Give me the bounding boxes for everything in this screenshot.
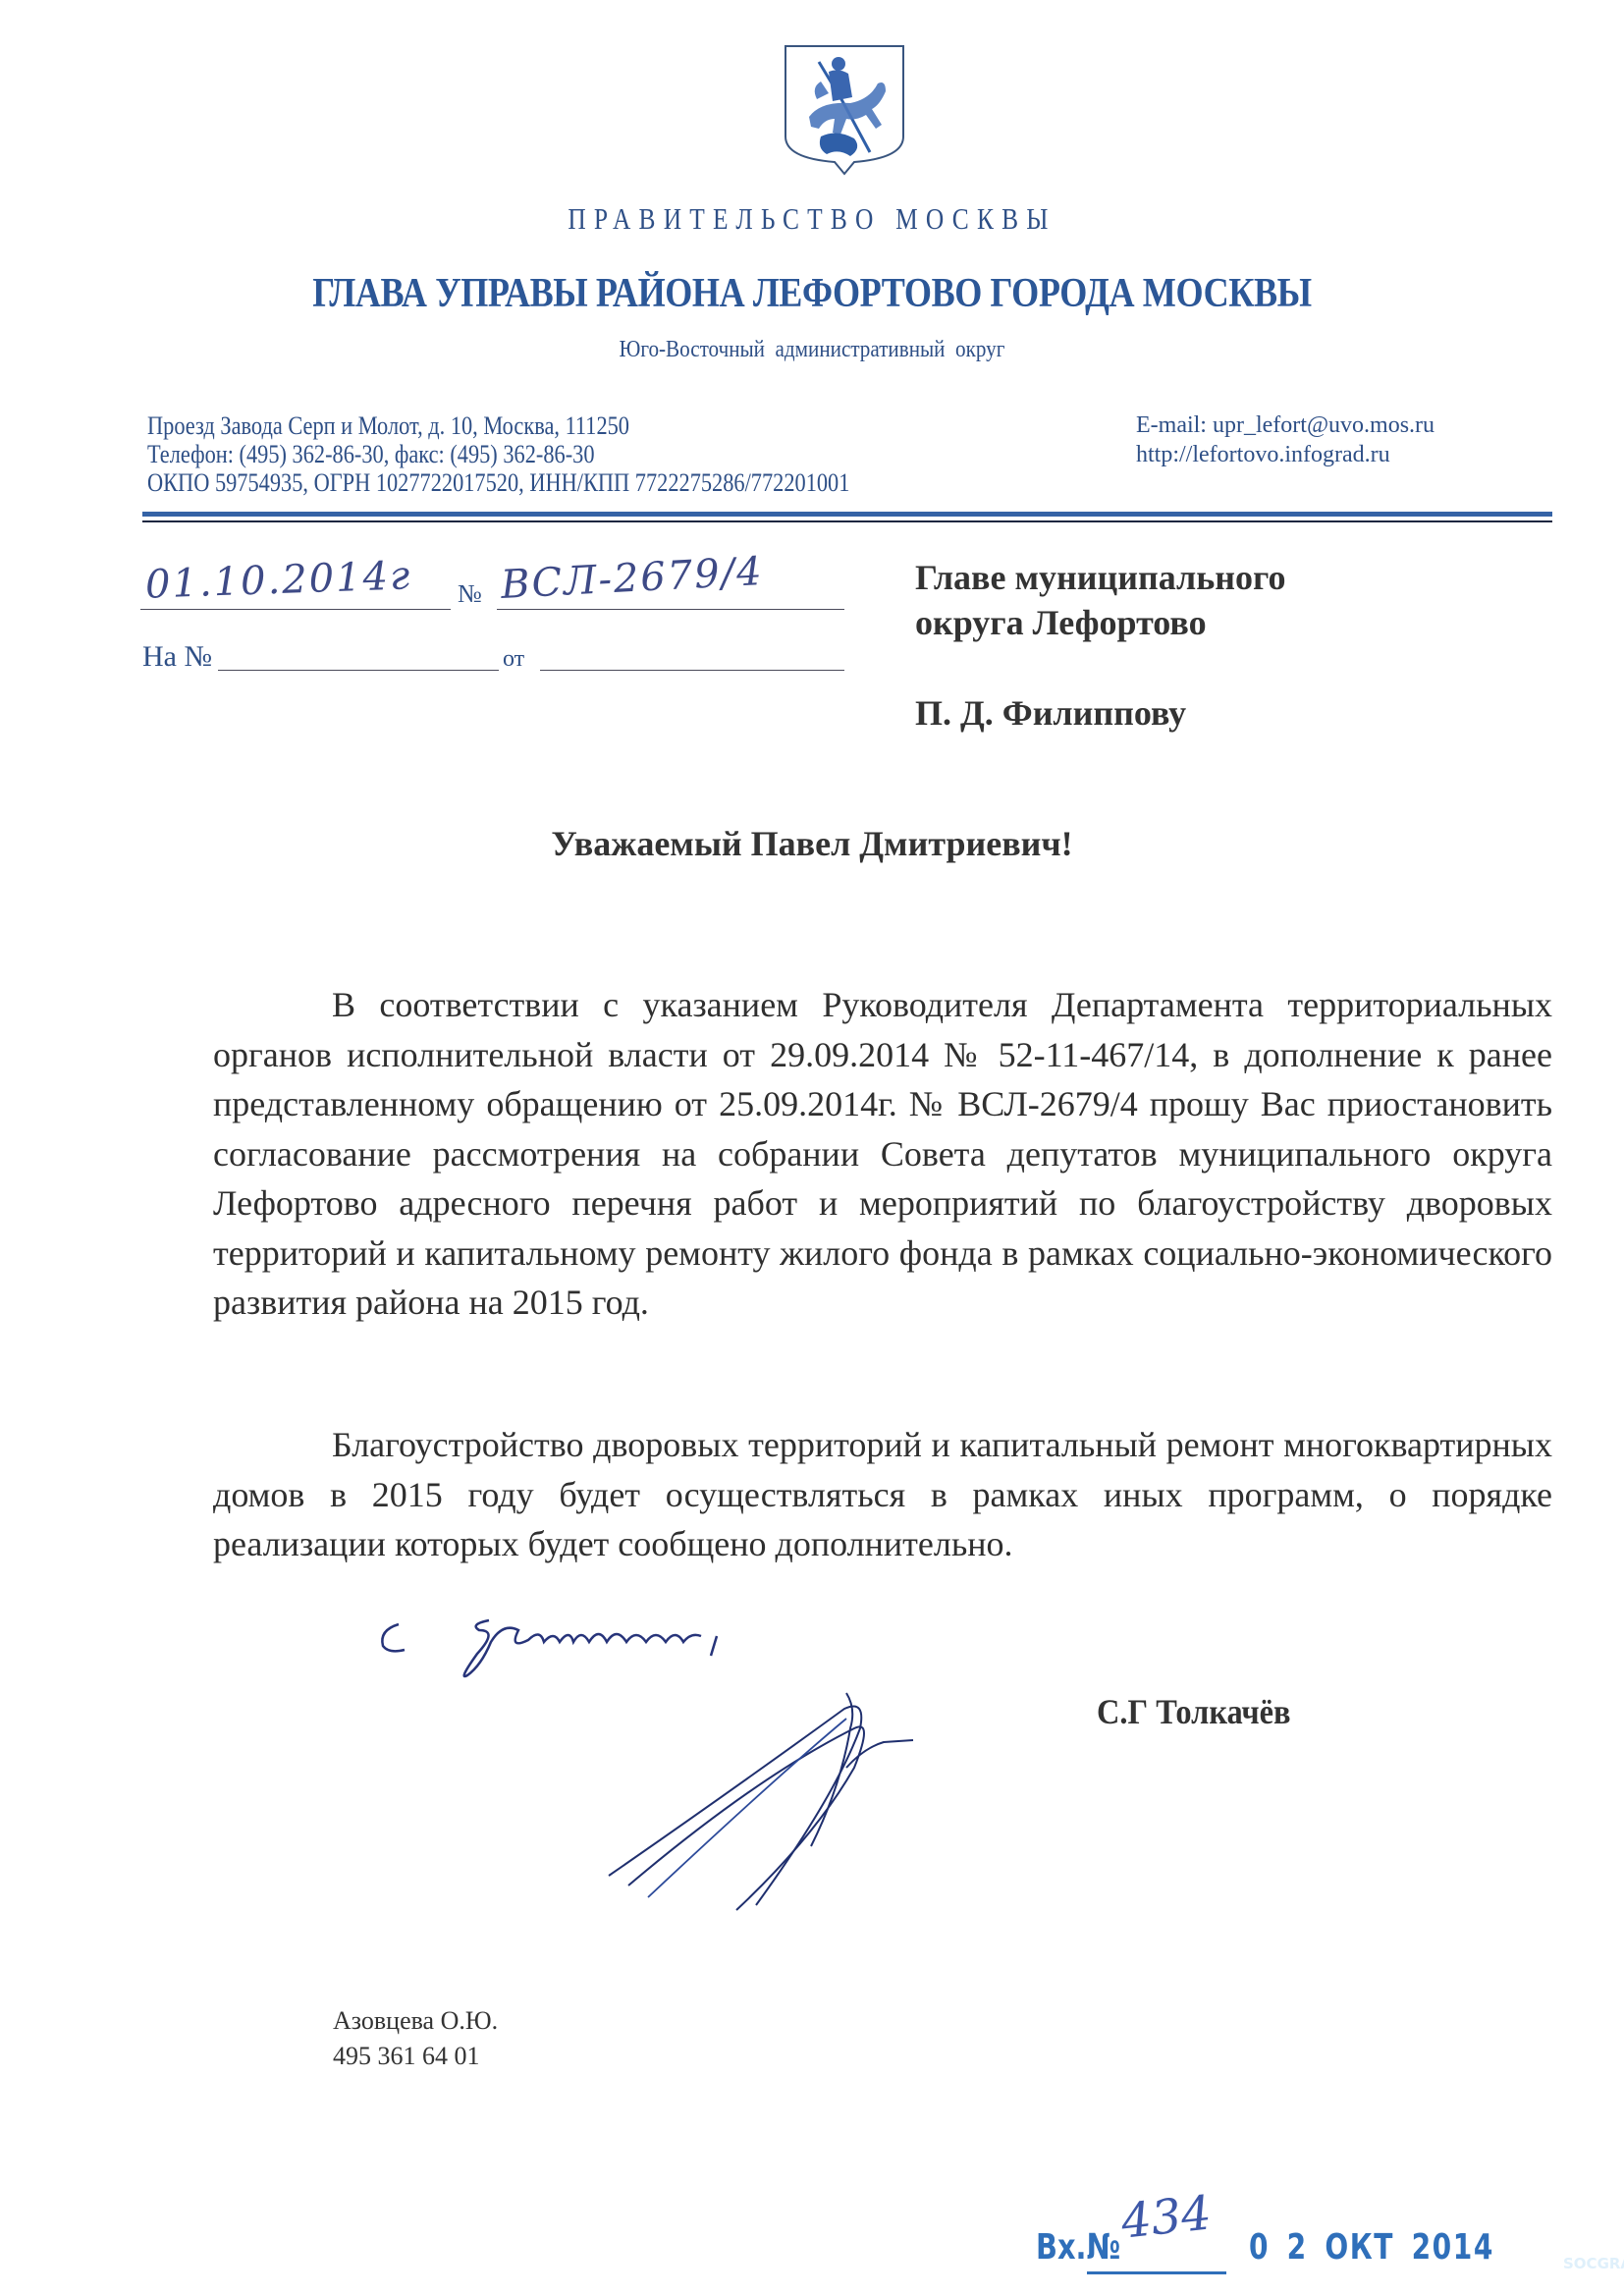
addressee-name: П. Д. Филиппову — [915, 692, 1186, 734]
incoming-stamp-underline — [1087, 2271, 1226, 2274]
address-line: Проезд Завода Серп и Молот, д. 10, Москв… — [147, 411, 849, 440]
website-link[interactable]: http://lefortovo.infograd.ru — [1136, 440, 1435, 469]
watermark-logo: SOCGRAD — [1563, 2255, 1624, 2272]
registry-codes-line: ОКПО 59754935, ОГРН 1027722017520, ИНН/К… — [147, 468, 849, 497]
from-date-field — [540, 638, 844, 671]
government-title: ПРАВИТЕЛЬСТВО МОСКВЫ — [146, 201, 1478, 237]
letterhead-divider-thick — [142, 512, 1552, 517]
incoming-stamp-label: Вх.№ — [1036, 2227, 1120, 2268]
incoming-stamp-number: 434 — [1118, 2185, 1214, 2249]
signer-name: С.Г Толкачёв — [1097, 1691, 1291, 1732]
moscow-coat-of-arms-icon — [782, 42, 907, 176]
email-link[interactable]: E-mail: upr_lefort@uvo.mos.ru — [1136, 410, 1435, 440]
letterhead-divider-thin — [142, 520, 1552, 522]
signature — [589, 1669, 1001, 1915]
body-paragraph-2: Благоустройство дворовых территорий и ка… — [213, 1420, 1552, 1569]
from-date-label: от — [503, 646, 524, 673]
online-contacts: E-mail: upr_lefort@uvo.mos.ru http://lef… — [1136, 410, 1435, 469]
salutation: Уважаемый Павел Дмитриевич! — [0, 823, 1624, 864]
body-paragraph-1: В соответствии с указанием Руководителя … — [213, 980, 1552, 1328]
phone-line: Телефон: (495) 362-86-30, факс: (495) 36… — [147, 440, 849, 468]
addressee-line-2: округа Лефортово — [915, 600, 1285, 645]
district-subtitle: Юго-Восточный административный округ — [97, 337, 1527, 363]
outgoing-number-label: № — [458, 579, 482, 609]
reply-to-label: На № — [142, 640, 212, 674]
reply-to-field — [218, 638, 499, 671]
executor-name: Азовцева О.Ю. — [333, 2003, 498, 2039]
address-block: Проезд Завода Серп и Молот, д. 10, Москв… — [147, 411, 849, 497]
incoming-stamp-date: 0 2 ОКТ 2014 — [1249, 2227, 1494, 2268]
outgoing-date-handwritten: 01.10.2014г — [144, 553, 412, 607]
addressee-position: Главе муниципального округа Лефортово — [915, 555, 1285, 645]
executor-block: Азовцева О.Ю. 495 361 64 01 — [333, 2003, 498, 2074]
addressee-line-1: Главе муниципального — [915, 555, 1285, 600]
organization-title: ГЛАВА УПРАВЫ РАЙОНА ЛЕФОРТОВО ГОРОДА МОС… — [114, 270, 1510, 317]
executor-phone: 495 361 64 01 — [333, 2039, 498, 2074]
